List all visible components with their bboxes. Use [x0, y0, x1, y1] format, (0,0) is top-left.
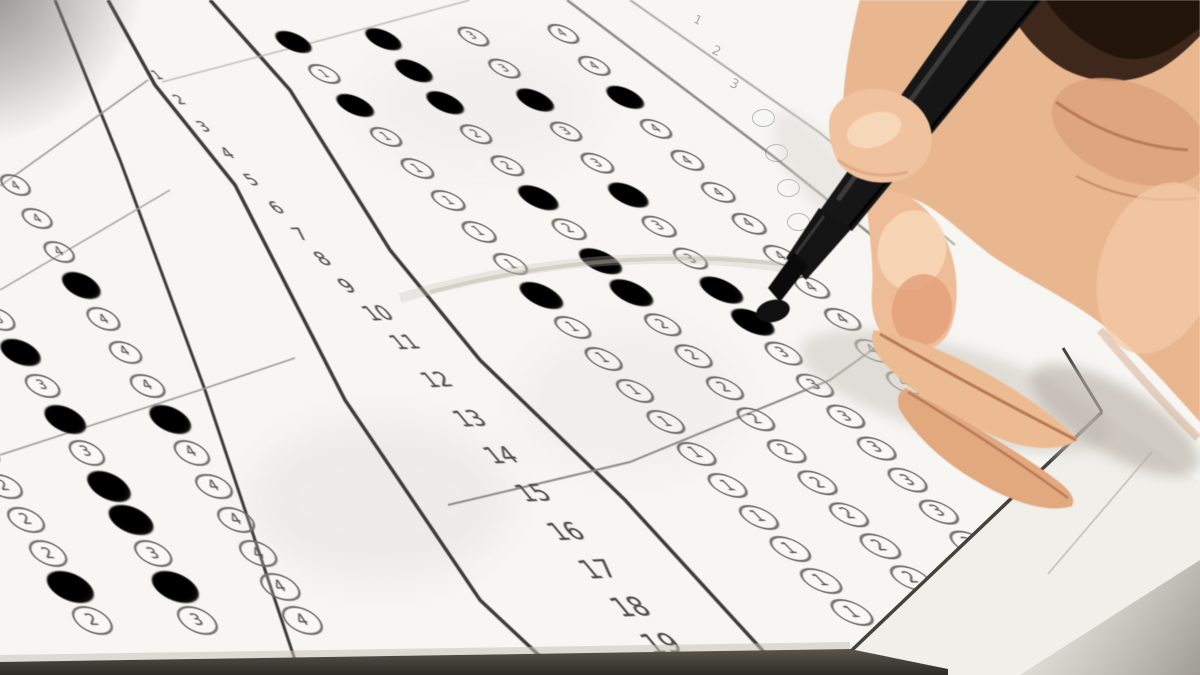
paper-corner-shadow — [0, 0, 300, 300]
pen-ink-mark — [754, 296, 792, 326]
answer-sheet-photo: Photograph of a tilted multiple-choice b… — [0, 0, 1200, 675]
